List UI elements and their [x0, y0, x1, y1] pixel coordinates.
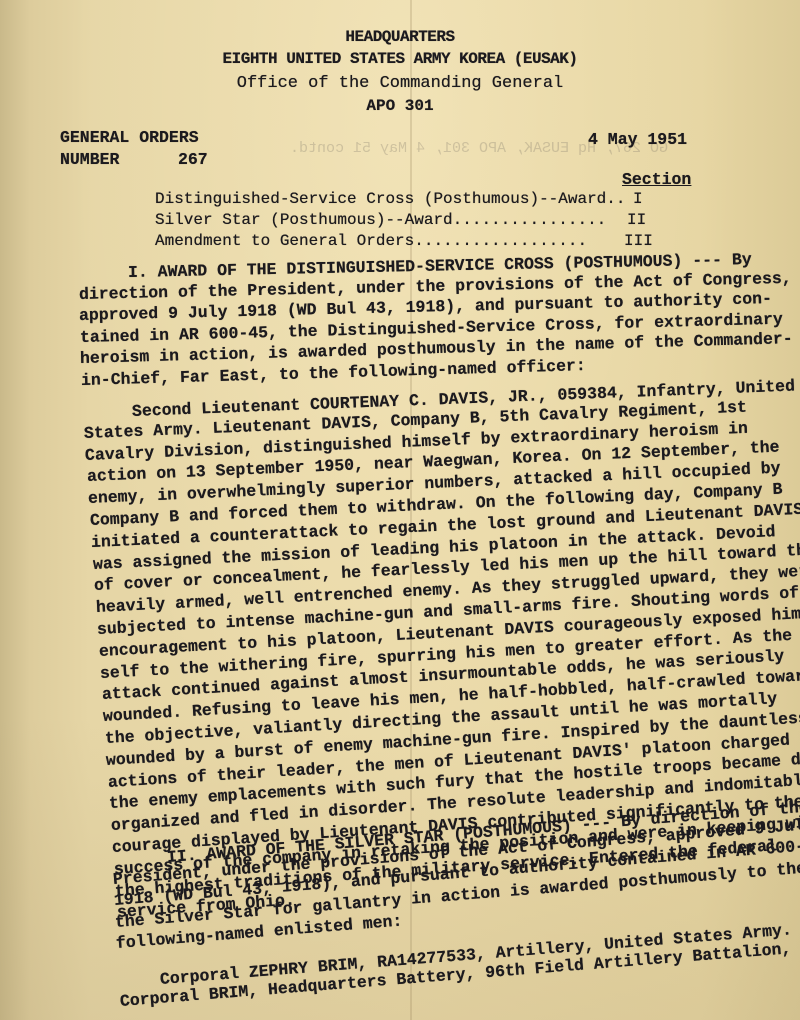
toc-entry-section: III — [624, 232, 653, 250]
toc-entry-section: I — [633, 190, 643, 208]
toc-entry-title: Distinguished-Service Cross (Posthumous)… — [155, 190, 625, 208]
orders-label: GENERAL ORDERS — [60, 128, 199, 147]
header-apo: APO 301 — [0, 97, 800, 115]
toc-entry-section: II — [627, 211, 646, 229]
section-column-header: Section — [622, 170, 691, 189]
orders-number-label: NUMBER — [60, 150, 119, 169]
header-office: Office of the Commanding General — [0, 74, 800, 93]
header-headquarters: HEADQUARTERS — [0, 28, 800, 46]
header-unit: EIGHTH UNITED STATES ARMY KOREA (EUSAK) — [0, 50, 800, 68]
toc-entry-title: Amendment to General Orders.............… — [155, 232, 587, 250]
toc-entry-title: Silver Star (Posthumous)--Award.........… — [155, 211, 606, 229]
orders-number: 267 — [178, 150, 208, 169]
orders-date: 4 May 1951 — [588, 130, 687, 149]
